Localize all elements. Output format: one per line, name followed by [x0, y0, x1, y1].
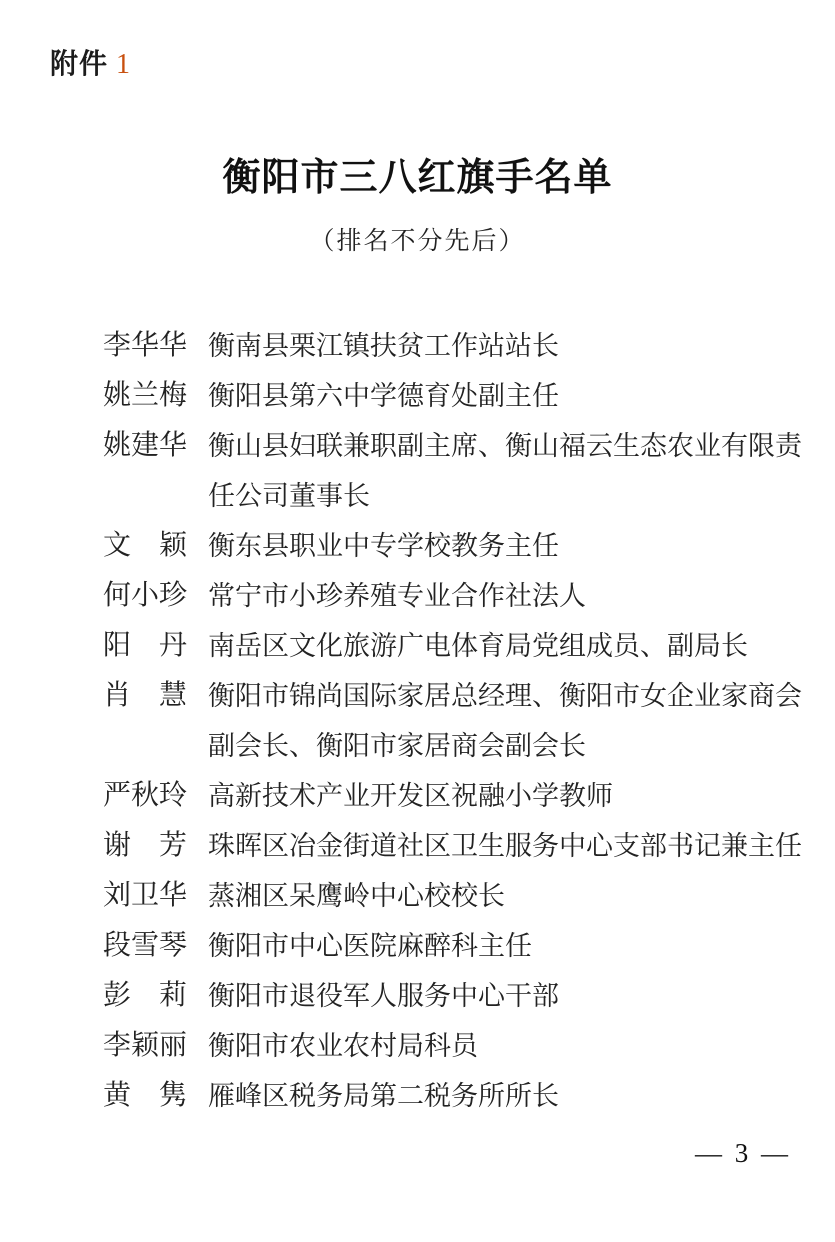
- awardee-name: 何小珍: [103, 571, 187, 621]
- awardee-name: 刘卫华: [103, 871, 187, 921]
- awardee-row: 李华华 衡南县栗江镇扶贫工作站站长: [103, 321, 803, 371]
- awardee-name: 彭 莉: [103, 971, 187, 1021]
- awardee-row: 段雪琴 衡阳市中心医院麻醉科主任: [103, 921, 803, 971]
- awardee-position: 常宁市小珍养殖专业合作社法人: [208, 571, 586, 621]
- awardee-row: 黄 隽 雁峰区税务局第二税务所所长: [103, 1071, 803, 1121]
- awardee-name: 李颖丽: [103, 1021, 187, 1071]
- page-number: — 3 —: [695, 1138, 791, 1169]
- awardee-position: 衡阳县第六中学德育处副主任: [208, 371, 559, 421]
- awardee-name: 黄 隽: [103, 1071, 187, 1121]
- awardee-row: 谢 芳 珠晖区冶金街道社区卫生服务中心支部书记兼主任: [103, 821, 803, 871]
- awardee-name: 段雪琴: [103, 921, 187, 971]
- awardee-name: 肖 慧: [103, 671, 187, 721]
- awardee-position: 衡阳市退役军人服务中心干部: [208, 971, 559, 1021]
- awardee-position: 珠晖区冶金街道社区卫生服务中心支部书记兼主任: [208, 821, 802, 871]
- awardee-row: 刘卫华 蒸湘区呆鹰岭中心校校长: [103, 871, 803, 921]
- awardee-name: 谢 芳: [103, 821, 187, 871]
- awardee-name: 李华华: [103, 321, 187, 371]
- awardee-name: 阳 丹: [103, 621, 187, 671]
- awardee-row: 彭 莉 衡阳市退役军人服务中心干部: [103, 971, 803, 1021]
- awardee-name: 姚兰梅: [103, 371, 187, 421]
- awardee-row: 姚兰梅 衡阳县第六中学德育处副主任: [103, 371, 803, 421]
- awardee-position: 蒸湘区呆鹰岭中心校校长: [208, 871, 505, 921]
- awardee-position: 衡阳市农业农村局科员: [208, 1021, 478, 1071]
- attachment-number: 1: [116, 49, 131, 80]
- awardee-position: 南岳区文化旅游广电体育局党组成员、副局长: [208, 621, 748, 671]
- awardee-row: 肖 慧 衡阳市锦尚国际家居总经理、衡阳市女企业家商会副会长、衡阳市家居商会副会长: [103, 671, 803, 771]
- awardee-position: 衡阳市中心医院麻醉科主任: [208, 921, 532, 971]
- awardee-position: 衡南县栗江镇扶贫工作站站长: [208, 321, 559, 371]
- awardee-row: 阳 丹 南岳区文化旅游广电体育局党组成员、副局长: [103, 621, 803, 671]
- awardee-list: 李华华 衡南县栗江镇扶贫工作站站长 姚兰梅 衡阳县第六中学德育处副主任 姚建华 …: [103, 321, 803, 1121]
- awardee-row: 李颖丽 衡阳市农业农村局科员: [103, 1021, 803, 1071]
- awardee-row: 何小珍 常宁市小珍养殖专业合作社法人: [103, 571, 803, 621]
- page-title: 衡阳市三八红旗手名单: [0, 146, 835, 201]
- awardee-position: 衡山县妇联兼职副主席、衡山福云生态农业有限责任公司董事长: [208, 421, 802, 521]
- awardee-row: 姚建华 衡山县妇联兼职副主席、衡山福云生态农业有限责任公司董事长: [103, 421, 803, 521]
- awardee-row: 文 颖 衡东县职业中专学校教务主任: [103, 521, 803, 571]
- awardee-position: 雁峰区税务局第二税务所所长: [208, 1071, 559, 1121]
- awardee-name: 严秋玲: [103, 771, 187, 821]
- awardee-name: 文 颖: [103, 521, 187, 571]
- attachment-label: 附件: [50, 48, 108, 79]
- awardee-position: 高新技术产业开发区祝融小学教师: [208, 771, 613, 821]
- document-page: 附件1 衡阳市三八红旗手名单 （排名不分先后） 李华华 衡南县栗江镇扶贫工作站站…: [0, 0, 835, 1242]
- attachment-heading: 附件1: [50, 42, 131, 82]
- awardee-name: 姚建华: [103, 421, 187, 471]
- awardee-position: 衡东县职业中专学校教务主任: [208, 521, 559, 571]
- awardee-row: 严秋玲 高新技术产业开发区祝融小学教师: [103, 771, 803, 821]
- awardee-position: 衡阳市锦尚国际家居总经理、衡阳市女企业家商会副会长、衡阳市家居商会副会长: [208, 671, 802, 771]
- page-subtitle: （排名不分先后）: [0, 221, 835, 257]
